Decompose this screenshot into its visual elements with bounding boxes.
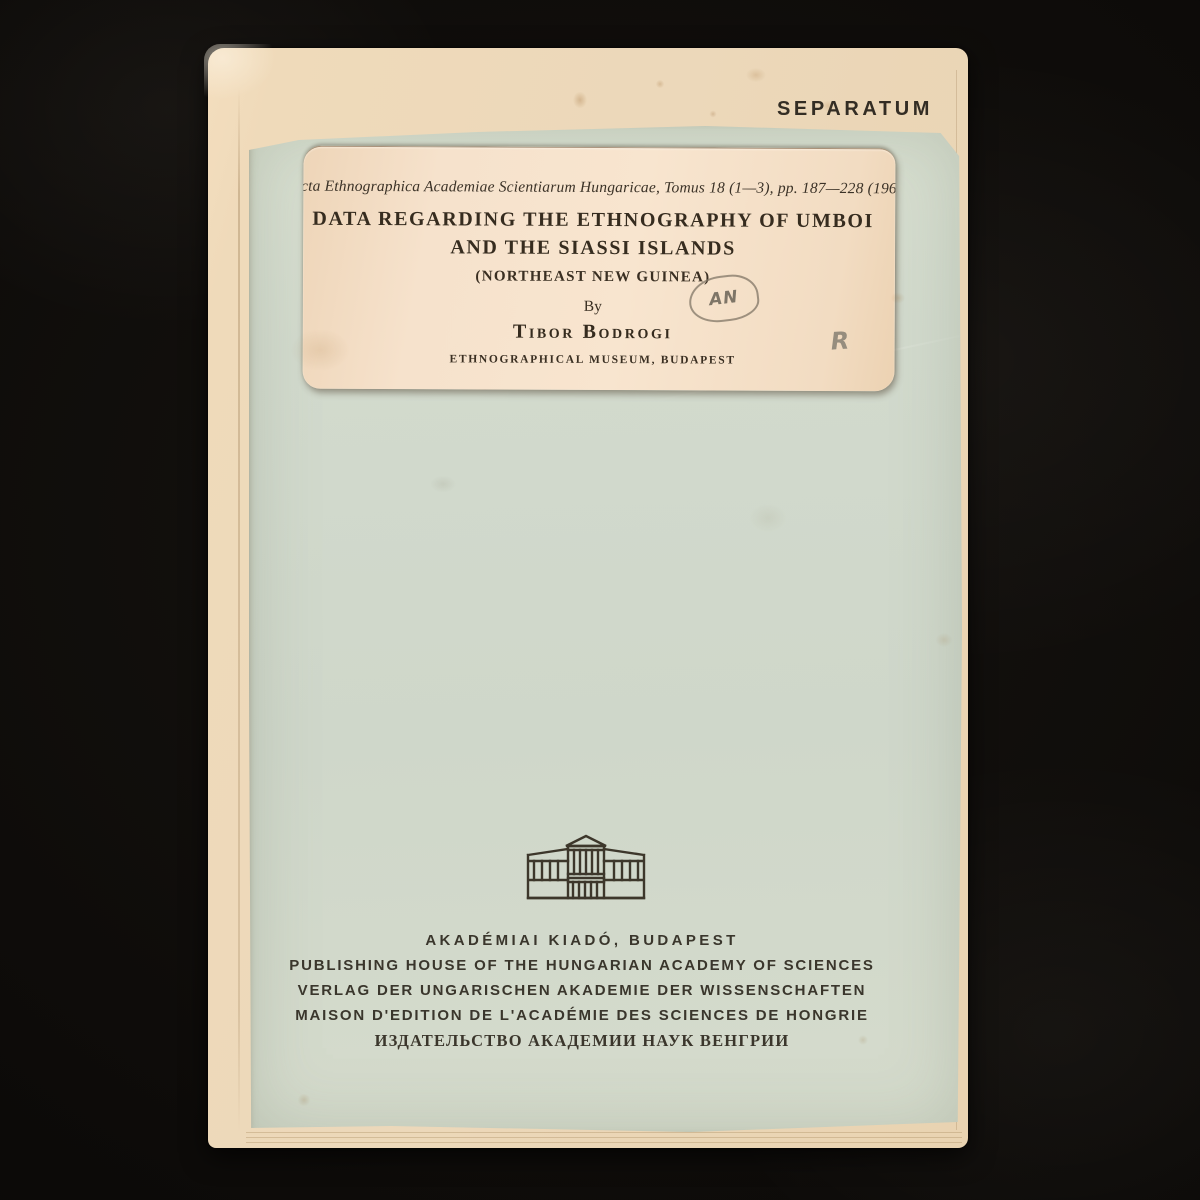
author-name: Tibor Bodrogi	[303, 320, 883, 346]
title-line-2: AND THE SIASSI ISLANDS	[303, 236, 883, 262]
title-line-1: DATA REGARDING THE ETHNOGRAPHY OF UMBOI	[303, 208, 883, 234]
imprint-line-russian: ИЗДАТЕЛЬСТВО АКАДЕМИИ НАУК ВЕНГРИИ	[208, 1028, 956, 1053]
academy-building-icon	[522, 834, 650, 902]
pencil-annotation-r: R	[830, 326, 850, 355]
imprint-line-german: VERLAG DER UNGARISCHEN AKADEMIE DER WISS…	[208, 978, 956, 1003]
offprint-booklet: SEPARATUM Acta Ethnographica Academiae S…	[208, 48, 968, 1148]
publisher-imprint: AKADÉMIAI KIADÓ, BUDAPEST PUBLISHING HOU…	[208, 928, 956, 1053]
subtitle: (NORTHEAST NEW GUINEA)	[303, 268, 883, 288]
title-block: Acta Ethnographica Academiae Scientiarum…	[302, 147, 883, 392]
author-affiliation: ETHNOGRAPHICAL MUSEUM, BUDAPEST	[303, 353, 883, 368]
journal-citation: Acta Ethnographica Academiae Scientiarum…	[302, 178, 883, 199]
imprint-line-french: MAISON D'EDITION DE L'ACADÉMIE DES SCIEN…	[208, 1003, 956, 1028]
imprint-line-english: PUBLISHING HOUSE OF THE HUNGARIAN ACADEM…	[208, 953, 956, 978]
imprint-line-hungarian: AKADÉMIAI KIADÓ, BUDAPEST	[208, 928, 956, 953]
photo-backdrop: SEPARATUM Acta Ethnographica Academiae S…	[0, 0, 1200, 1200]
separatum-stamp: SEPARATUM	[750, 98, 960, 121]
byline: By	[303, 297, 883, 318]
page-edges	[246, 1130, 962, 1143]
worn-corner	[204, 44, 294, 114]
title-label: Acta Ethnographica Academiae Scientiarum…	[302, 146, 895, 392]
